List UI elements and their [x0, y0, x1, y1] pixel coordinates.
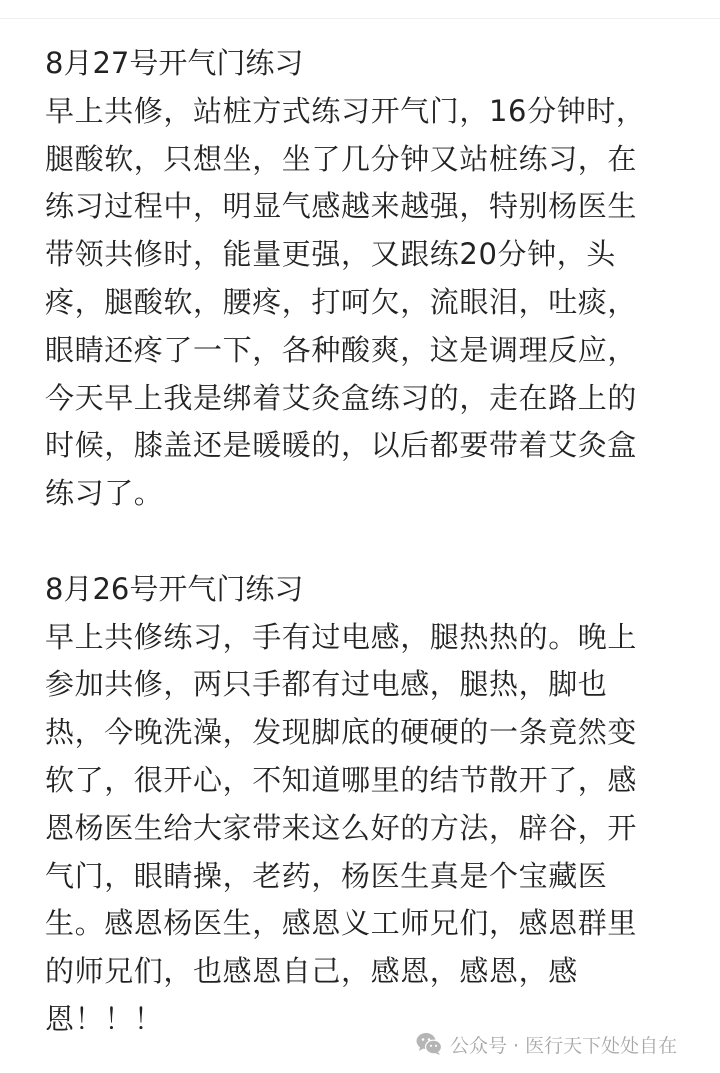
- entry-heading: 8月26号开气门练习: [45, 566, 685, 614]
- entry-text-line: 今天早上我是绑着艾灸盒练习的，走在路上的: [45, 375, 685, 423]
- watermark-text: 公众号 · 医行天下处处自在: [450, 1031, 677, 1058]
- wechat-icon: [416, 1032, 442, 1056]
- entry-text-line: 时候，膝盖还是暖暖的，以后都要带着艾灸盒: [45, 422, 685, 470]
- entry-text-line: 软了，很开心，不知道哪里的结节散开了，感: [45, 757, 685, 805]
- entry-text-line: 气门，眼睛操，老药，杨医生真是个宝藏医: [45, 853, 685, 901]
- entry-text-line: 练习过程中，明显气感越来越强，特别杨医生: [45, 183, 685, 231]
- entry-text-line: 恩杨医生给大家带来这么好的方法，辟谷，开: [45, 805, 685, 853]
- entry-heading: 8月27号开气门练习: [45, 40, 685, 88]
- entry-text-line: 生。感恩杨医生，感恩义工师兄们，感恩群里: [45, 900, 685, 948]
- entry-text-line: 腿酸软，只想坐，坐了几分钟又站桩练习，在: [45, 136, 685, 184]
- top-divider: [0, 18, 720, 19]
- diary-entry: 8月26号开气门练习 早上共修练习，手有过电感，腿热热的。晚上 参加共修，两只手…: [45, 566, 685, 1044]
- paragraph-spacer: [45, 518, 685, 566]
- entry-text-line: 热，今晚洗澡，发现脚底的硬硬的一条竟然变: [45, 709, 685, 757]
- entry-text-line: 的师兄们，也感恩自己，感恩，感恩，感: [45, 948, 685, 996]
- source-watermark: 公众号 · 医行天下处处自在: [416, 1030, 677, 1058]
- entry-text-line: 参加共修，两只手都有过电感，腿热，脚也: [45, 661, 685, 709]
- entry-text-line: 带领共修时，能量更强，又跟练20分钟，头: [45, 231, 685, 279]
- article-body: 8月27号开气门练习 早上共修，站桩方式练习开气门，16分钟时， 腿酸软，只想坐…: [45, 40, 685, 1044]
- entry-text-line: 疼，腿酸软，腰疼，打呵欠，流眼泪，吐痰，: [45, 279, 685, 327]
- entry-text-line: 早上共修，站桩方式练习开气门，16分钟时，: [45, 88, 685, 136]
- diary-entry: 8月27号开气门练习 早上共修，站桩方式练习开气门，16分钟时， 腿酸软，只想坐…: [45, 40, 685, 518]
- entry-text-line: 眼睛还疼了一下，各种酸爽，这是调理反应，: [45, 327, 685, 375]
- entry-text-line: 练习了。: [45, 470, 685, 518]
- entry-text-line: 早上共修练习，手有过电感，腿热热的。晚上: [45, 614, 685, 662]
